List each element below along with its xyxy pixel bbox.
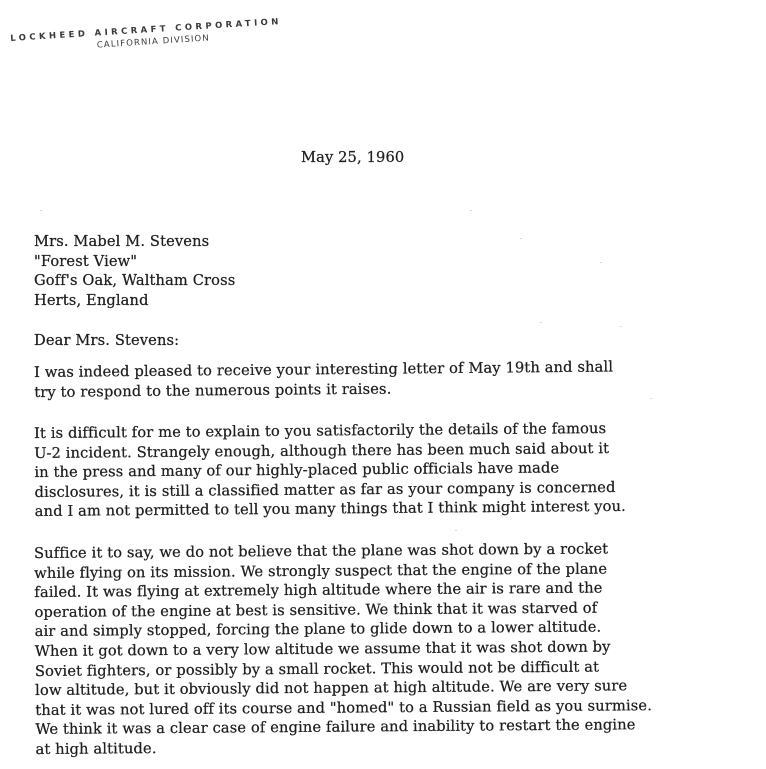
scan-speck — [600, 262, 602, 263]
salutation: Dear Mrs. Stevens: — [34, 332, 179, 349]
text-line: and I am not permitted to tell you many … — [35, 497, 626, 522]
recipient-house: "Forest View" — [34, 252, 235, 272]
paragraph-engine-failure: Suffice it to say, we do not believe tha… — [34, 539, 652, 759]
scan-speck — [620, 326, 622, 327]
scan-speck — [455, 530, 457, 531]
letterhead: LOCKHEED AIRCRAFT CORPORATION CALIFORNIA… — [10, 17, 283, 56]
scan-speck — [40, 210, 42, 211]
scan-speck — [540, 322, 542, 323]
scan-speck — [470, 210, 472, 211]
recipient-address: Mrs. Mabel M. Stevens "Forest View" Goff… — [34, 232, 235, 310]
scan-speck — [650, 398, 652, 399]
text-line: at high altitude. — [36, 735, 653, 759]
paragraph-classified: It is difficult for me to explain to you… — [34, 419, 626, 522]
scan-speck — [520, 238, 522, 239]
recipient-county: Herts, England — [34, 291, 235, 311]
letter-date: May 25, 1960 — [301, 149, 404, 166]
recipient-name: Mrs. Mabel M. Stevens — [34, 232, 235, 252]
recipient-town: Goff's Oak, Waltham Cross — [34, 271, 235, 291]
paragraph-intro: I was indeed pleased to receive your int… — [34, 357, 613, 402]
